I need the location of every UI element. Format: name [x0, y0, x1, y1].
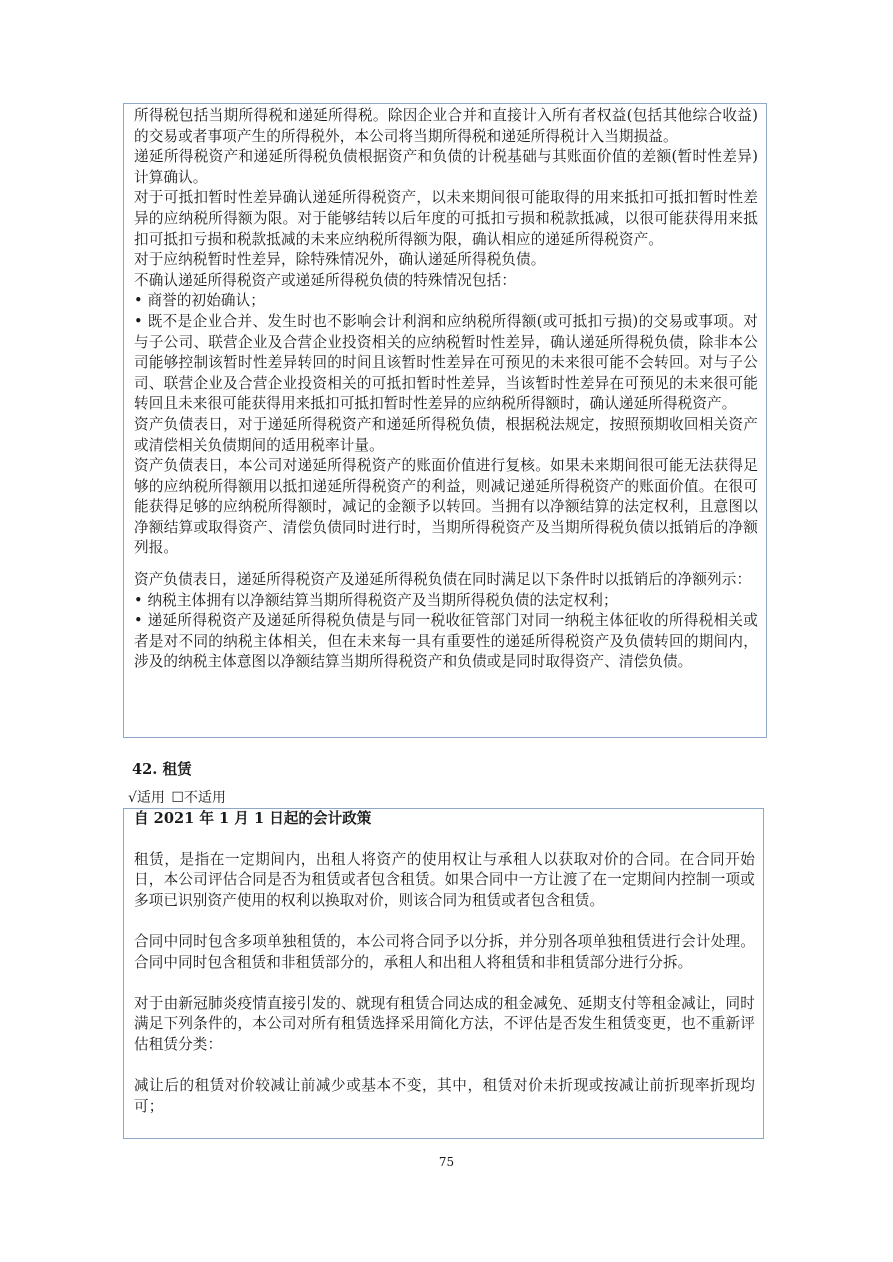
- bullet-same-authority: • 递延所得税资产及递延所得税负债是与同一税收征管部门对同一纳税主体征收的所得税…: [134, 611, 758, 673]
- paragraph-lease-separation: 合同中同时包含多项单独租赁的，本公司将合同予以分拆，并分别各项单独租赁进行会计处…: [134, 932, 755, 973]
- lease-policy-box: 自 2021 年 1 月 1 日起的会计政策 租赁，是指在一定期间内，出租人将资…: [123, 808, 764, 1139]
- paragraph-review-carrying-amount: 资产负债表日，本公司对递延所得税资产的账面价值进行复核。如果未来期间很可能无法获…: [134, 456, 758, 559]
- paragraph-measurement: 资产负债表日，对于递延所得税资产和递延所得税负债，根据税法规定，按照预期收回相关…: [134, 415, 758, 456]
- paragraph-deductible-differences: 对于可抵扣暂时性差异确认递延所得税资产，以未来期间很可能取得的用来抵扣可抵扣暂时…: [134, 188, 758, 250]
- paragraph-income-tax-scope: 所得税包括当期所得税和递延所得税。除因企业合并和直接计入所有者权益(包括其他综合…: [134, 106, 758, 147]
- paragraph-concession-condition: 减让后的租赁对价较减让前减少或基本不变，其中，租赁对价未折现或按减让前折现率折现…: [134, 1076, 755, 1117]
- spacer: [134, 973, 755, 994]
- paragraph-deferred-tax-recognition: 递延所得税资产和递延所得税负债根据资产和负债的计税基础与其账面价值的差额(暂时性…: [134, 147, 758, 188]
- spacer: [134, 911, 755, 932]
- income-tax-policy-box: 所得税包括当期所得税和递延所得税。除因企业合并和直接计入所有者权益(包括其他综合…: [123, 103, 767, 738]
- section-title-lease: 42. 租赁: [132, 758, 192, 779]
- bullet-goodwill: • 商誉的初始确认；: [134, 291, 758, 312]
- lease-policy-heading: 自 2021 年 1 月 1 日起的会计政策: [134, 809, 755, 829]
- bullet-non-business-combination: • 既不是企业合并、发生时也不影响会计利润和应纳税所得额(或可抵扣亏损)的交易或…: [134, 312, 758, 415]
- spacer: [134, 829, 755, 850]
- not-applicable-option: ☐不适用: [171, 790, 226, 806]
- spacer: [134, 559, 758, 570]
- paragraph-lease-definition: 租赁，是指在一定期间内，出租人将资产的使用权让与承租人以获取对价的合同。在合同开…: [134, 850, 755, 912]
- paragraph-covid-rent-concessions: 对于由新冠肺炎疫情直接引发的、就现有租赁合同达成的租金减免、延期支付等租金减让，…: [134, 994, 755, 1056]
- bullet-legal-right: • 纳税主体拥有以净额结算当期所得税资产及当期所得税负债的法定权利；: [134, 591, 758, 612]
- paragraph-taxable-differences: 对于应纳税暂时性差异，除特殊情况外，确认递延所得税负债。: [134, 250, 758, 271]
- applicability-options: √适用 ☐不适用: [128, 788, 228, 808]
- spacer: [134, 1056, 755, 1077]
- paragraph-offset-conditions: 资产负债表日，递延所得税资产及递延所得税负债在同时满足以下条件时以抵销后的净额列…: [134, 570, 758, 591]
- page-number: 75: [0, 1155, 893, 1169]
- applicable-checked-option: √适用: [128, 790, 165, 806]
- paragraph-exceptions-intro: 不确认递延所得税资产或递延所得税负债的特殊情况包括：: [134, 271, 758, 292]
